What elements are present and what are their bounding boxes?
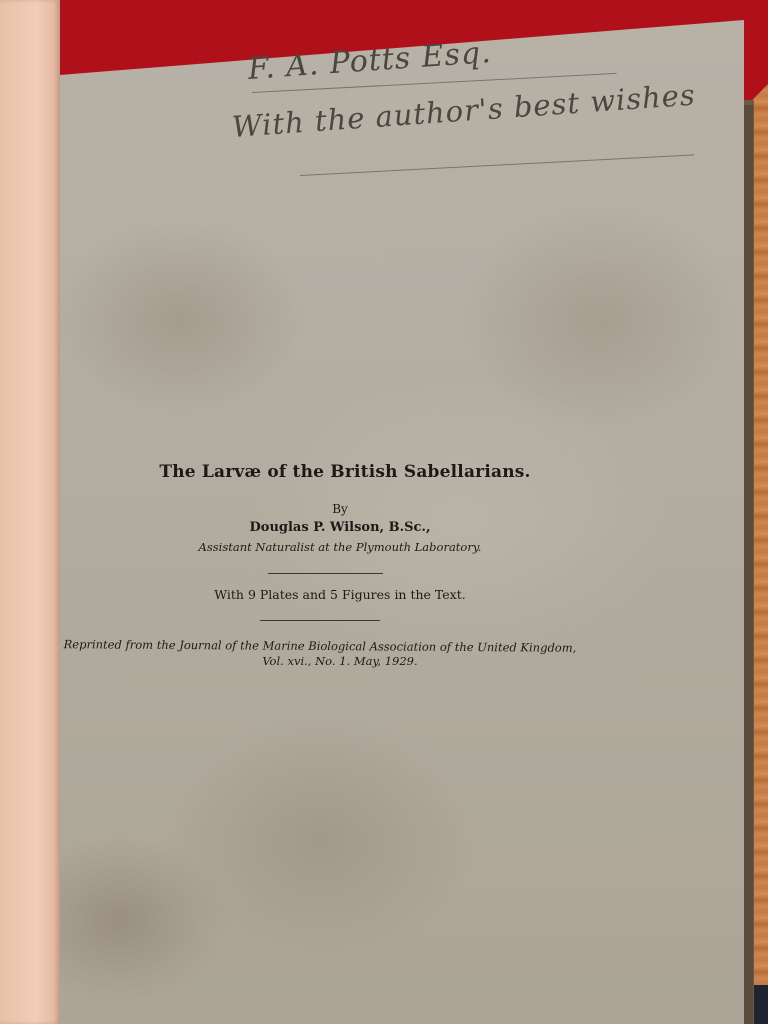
page-edge: [744, 105, 753, 1024]
byline-label: By: [70, 502, 610, 516]
divider-rule: [268, 573, 383, 574]
illustrations-note: With 9 Plates and 5 Figures in the Text.: [70, 587, 610, 602]
document-title: The Larvæ of the British Sabellarians.: [80, 462, 610, 482]
reprint-volume: Vol. xvi., No. 1. May, 1929.: [70, 654, 610, 668]
author-affiliation: Assistant Naturalist at the Plymouth Lab…: [70, 540, 610, 554]
reprint-source: Reprinted from the Journal of the Marine…: [30, 637, 610, 655]
divider-rule: [260, 620, 380, 621]
author-name: Douglas P. Wilson, B.Sc.,: [70, 520, 610, 535]
facing-page: [0, 0, 60, 1024]
title-block: The Larvæ of the British Sabellarians. B…: [100, 462, 610, 668]
